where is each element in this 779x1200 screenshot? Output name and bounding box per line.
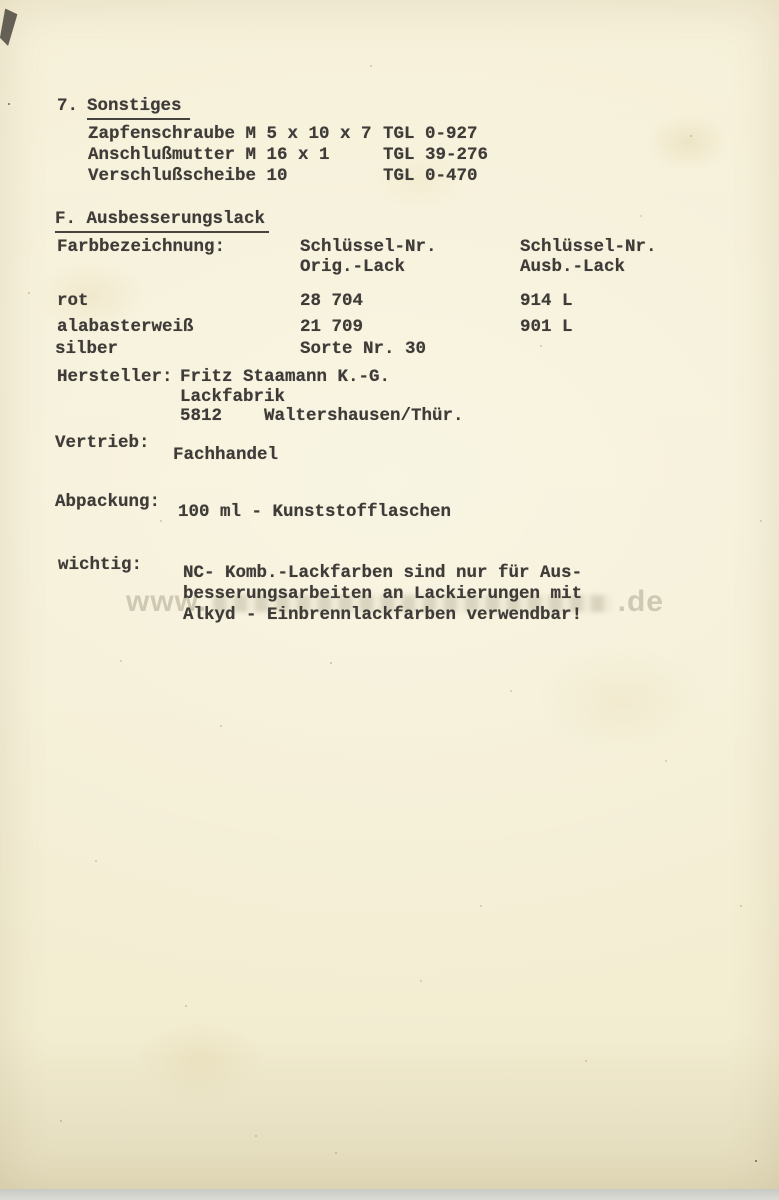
hersteller-line: Lackfabrik xyxy=(180,387,285,408)
col-ausb-header-line1: Schlüssel-Nr. xyxy=(520,237,657,258)
wichtig-line: Alkyd - Einbrennlackfarben verwendbar! xyxy=(183,605,582,626)
part-name: Anschlußmutter M 16 x 1 xyxy=(88,145,330,166)
part-name: Zapfenschraube M 5 x 10 x 7 xyxy=(88,124,372,145)
part-tgl: TGL 0-927 xyxy=(383,124,478,145)
table-cell-farbe: rot xyxy=(57,291,89,312)
wichtig-label: wichtig: xyxy=(58,555,142,576)
col-ausb-header-line2: Ausb.-Lack xyxy=(520,257,625,278)
table-cell-farbe: silber xyxy=(55,339,118,360)
scan-corner-artifact xyxy=(0,8,18,46)
section-7-number: 7. xyxy=(57,96,78,117)
wichtig-line: besserungsarbeiten an Lackierungen mit xyxy=(183,584,582,605)
section-f-title: F. Ausbesserungslack xyxy=(55,209,269,233)
paper-specks xyxy=(0,0,2,2)
table-row-header: Farbbezeichnung: xyxy=(57,237,225,258)
hersteller-line: 5812 Waltershausen/Thür. xyxy=(180,406,464,427)
col-orig-header-line1: Schlüssel-Nr. xyxy=(300,237,437,258)
section-7-title: Sonstiges xyxy=(87,96,190,120)
part-name: Verschlußscheibe 10 xyxy=(88,166,288,187)
wichtig-line: NC- Komb.-Lackfarben sind nur für Aus- xyxy=(183,563,582,584)
vertrieb-label: Vertrieb: xyxy=(55,433,150,454)
scan-bottom-shadow xyxy=(0,1030,779,1190)
part-tgl: TGL 39-276 xyxy=(383,145,488,166)
table-cell-farbe: alabasterweiß xyxy=(57,317,194,338)
abpackung-value: 100 ml - Kunststofflaschen xyxy=(178,502,451,523)
scanner-bed-strip xyxy=(0,1189,779,1200)
abpackung-label: Abpackung: xyxy=(55,492,160,513)
watermark-suffix: .de xyxy=(618,591,664,612)
scanned-document-page: www. .de 7. Sonstiges Zapfenschraube M 5… xyxy=(0,0,779,1200)
hersteller-line: Fritz Staamann K.-G. xyxy=(180,367,390,388)
table-cell-orig: 21 709 xyxy=(300,317,363,338)
part-tgl: TGL 0-470 xyxy=(383,166,478,187)
table-cell-orig: Sorte Nr. 30 xyxy=(300,339,426,360)
col-orig-header-line2: Orig.-Lack xyxy=(300,257,405,278)
table-cell-orig: 28 704 xyxy=(300,291,363,312)
table-cell-ausb: 914 L xyxy=(520,291,573,312)
hersteller-label: Hersteller: xyxy=(57,367,173,388)
vertrieb-value: Fachhandel xyxy=(173,445,278,466)
table-cell-ausb: 901 L xyxy=(520,317,573,338)
